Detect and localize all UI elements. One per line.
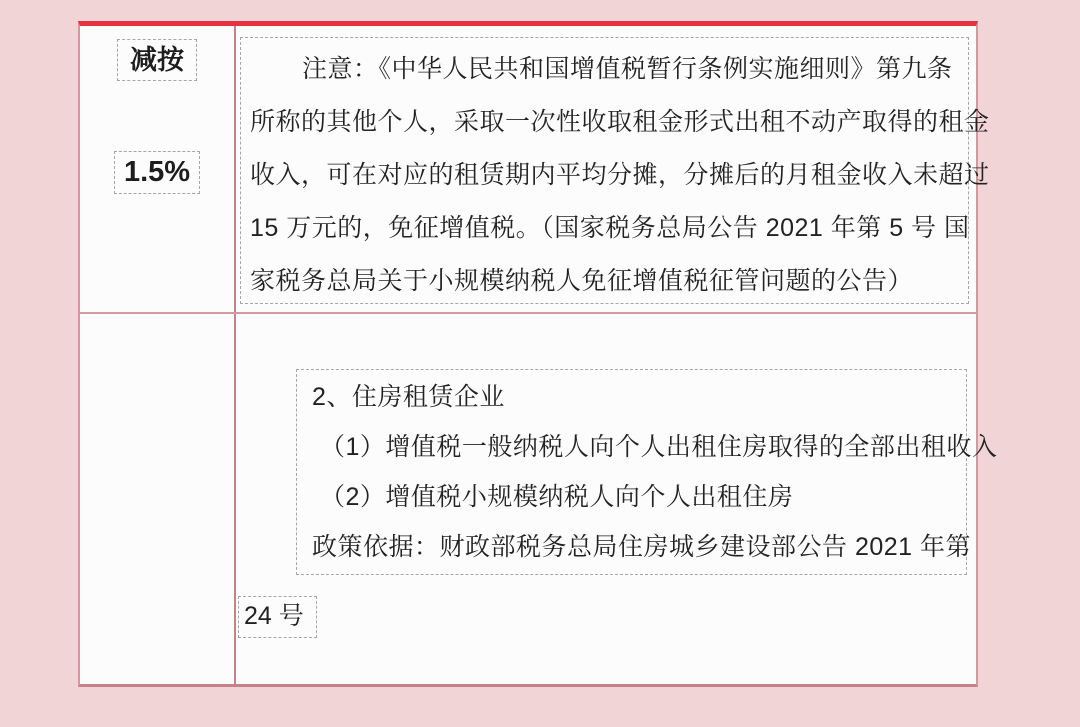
policy-line-1: 2、住房租赁企业 [305, 372, 958, 422]
policy-line-4: 政策依据：财政部税务总局住房城乡建设部公告 2021 年第 [305, 522, 958, 572]
note-line-5: 家税务总局关于小规模纳税人免征增值税征管问题的公告） [250, 255, 959, 308]
policy-line-2: （1）增值税一般纳税人向个人出租住房取得的全部出租收入 [305, 422, 958, 472]
rate-prefix-label: 减按 [117, 39, 197, 81]
rate-cell-empty [80, 314, 236, 684]
table-row-housing-rental: 2、住房租赁企业 （1）增值税一般纳税人向个人出租住房取得的全部出租收入 （2）… [80, 314, 976, 684]
note-paragraph: 注意：《中华人民共和国增值税暂行条例实施细则》第九条 所称的其他个人，采取一次性… [240, 37, 969, 304]
policy-line-3: （2）增值税小规模纳税人向个人出租住房 [305, 472, 958, 522]
rate-cell: 减按 1.5% [80, 26, 236, 312]
tax-policy-table: 减按 1.5% 注意：《中华人民共和国增值税暂行条例实施细则》第九条 所称的其他… [78, 21, 978, 687]
note-cell: 注意：《中华人民共和国增值税暂行条例实施细则》第九条 所称的其他个人，采取一次性… [236, 26, 976, 312]
rate-value-label: 1.5% [114, 151, 200, 194]
note-line-4: 15 万元的，免征增值税。（国家税务总局公告 2021 年第 5 号 国 [250, 202, 959, 255]
note-line-1: 注意：《中华人民共和国增值税暂行条例实施细则》第九条 [250, 43, 959, 96]
table-row-other-individuals: 减按 1.5% 注意：《中华人民共和国增值税暂行条例实施细则》第九条 所称的其他… [80, 26, 976, 314]
policy-paragraph: 2、住房租赁企业 （1）增值税一般纳税人向个人出租住房取得的全部出租收入 （2）… [296, 369, 967, 575]
policy-cell: 2、住房租赁企业 （1）增值税一般纳税人向个人出租住房取得的全部出租收入 （2）… [236, 314, 976, 684]
note-line-3: 收入，可在对应的租赁期内平均分摊，分摊后的月租金收入未超过 [250, 149, 959, 202]
policy-overflow-line: 24 号 [238, 596, 317, 638]
note-line-2: 所称的其他个人，采取一次性收取租金形式出租不动产取得的租金 [250, 96, 959, 149]
